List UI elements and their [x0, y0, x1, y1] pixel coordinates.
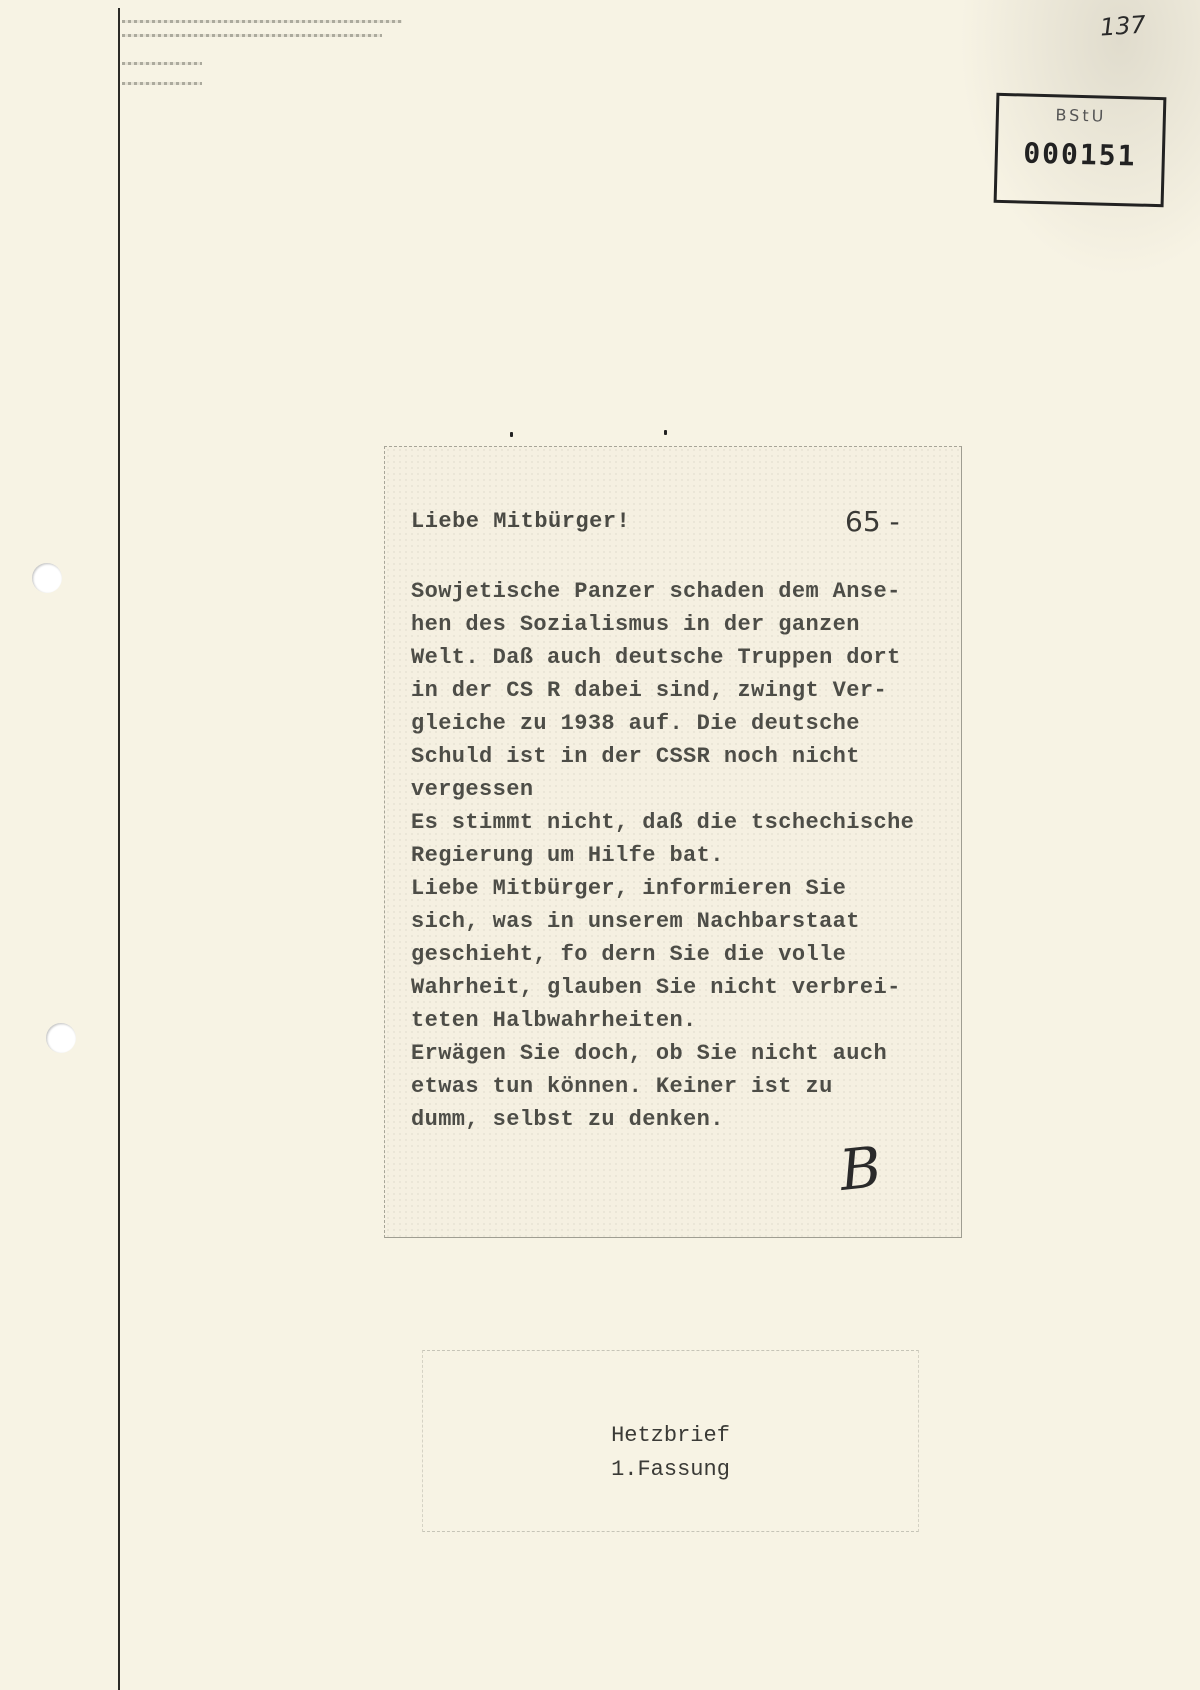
flyer-line: Schuld ist in der CSSR noch nicht	[411, 740, 951, 773]
copy-artifact	[122, 34, 382, 37]
flyer-line: vergessen	[411, 773, 951, 806]
flyer-line: Sowjetische Panzer schaden dem Anse-	[411, 575, 951, 608]
flyer-line: etwas tun können. Keiner ist zu	[411, 1070, 951, 1103]
flyer-line: hen des Sozialismus in der ganzen	[411, 608, 951, 641]
punch-hole-top	[32, 563, 62, 593]
flyer-line: in der CS R dabei sind, zwingt Ver-	[411, 674, 951, 707]
folio-number: 137	[1099, 10, 1147, 41]
flyer-greeting: Liebe Mitbürger!	[411, 509, 630, 534]
copy-artifact	[122, 82, 202, 85]
flyer-line: Erwägen Sie doch, ob Sie nicht auch	[411, 1037, 951, 1070]
flyer-body: Sowjetische Panzer schaden dem Anse- hen…	[411, 575, 951, 1136]
flyer-line: Welt. Daß auch deutsche Truppen dort	[411, 641, 951, 674]
punch-hole-bottom	[46, 1023, 76, 1053]
flyer-line: Wahrheit, glauben Sie nicht verbrei-	[411, 971, 951, 1004]
flyer-line: teten Halbwahrheiten.	[411, 1004, 951, 1037]
archive-stamp: BStU 000151	[994, 93, 1167, 207]
staple-mark	[664, 430, 667, 435]
flyer-line: Regierung um Hilfe bat.	[411, 839, 951, 872]
label-title: Hetzbrief	[423, 1423, 918, 1448]
document-label: Hetzbrief 1.Fassung	[422, 1350, 919, 1532]
staple-mark	[510, 432, 513, 437]
flyer-number: 65 -	[845, 505, 900, 538]
flyer-line: Liebe Mitbürger, informieren Sie	[411, 872, 951, 905]
flyer-line: Es stimmt nicht, daß die tschechische	[411, 806, 951, 839]
flyer-line: sich, was in unserem Nachbarstaat	[411, 905, 951, 938]
stamp-organization: BStU	[999, 104, 1163, 127]
stamp-number: 000151	[997, 136, 1162, 173]
flyer-line: dumm, selbst zu denken.	[411, 1103, 951, 1136]
archive-page: 137 BStU 000151 Liebe Mitbürger! 65 - So…	[0, 0, 1200, 1690]
flyer-line: geschieht, fo dern Sie die volle	[411, 938, 951, 971]
copy-artifact	[122, 20, 402, 23]
label-subtitle: 1.Fassung	[423, 1457, 918, 1482]
copy-artifact	[122, 62, 202, 65]
left-margin-line	[118, 8, 120, 1690]
handwritten-mark: B	[837, 1135, 885, 1204]
flyer-copy: Liebe Mitbürger! 65 - Sowjetische Panzer…	[384, 446, 962, 1238]
flyer-line: gleiche zu 1938 auf. Die deutsche	[411, 707, 951, 740]
